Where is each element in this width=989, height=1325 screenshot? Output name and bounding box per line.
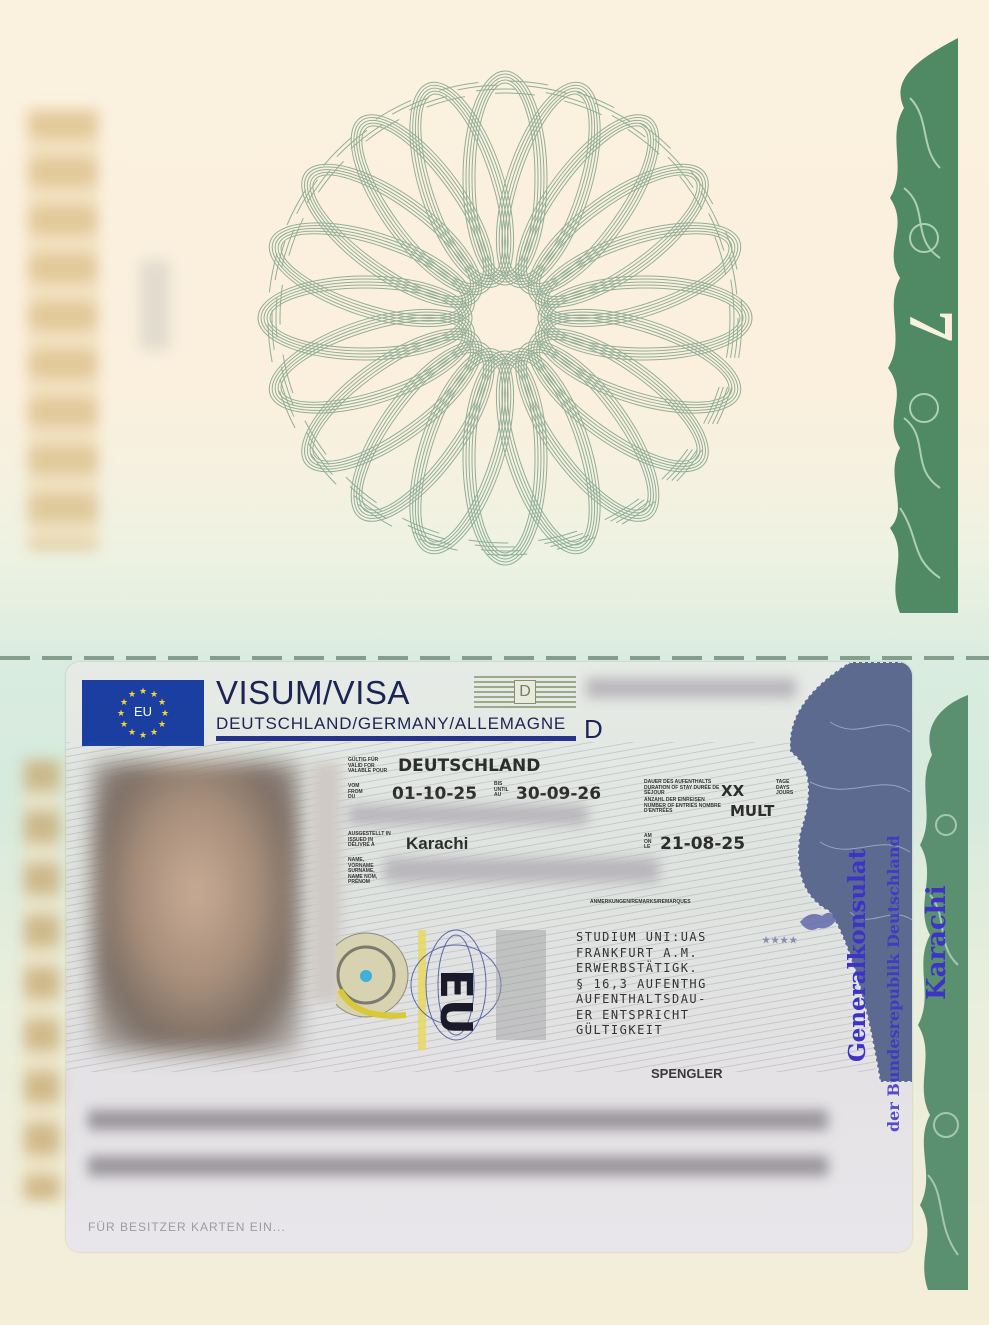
duration-label: DAUER DES AUFENTHALTS DURATION OF STAY D… [644, 780, 724, 797]
issued-in-label: AUSGESTELLT IN ISSUED IN DÉLIVRÉ À [348, 832, 392, 849]
name-label: NAME, VORNAME SURNAME, NAME NOM, PRÉNOM [348, 858, 388, 886]
issued-on-value: 21-08-25 [660, 834, 745, 854]
issuing-officer: SPENGLER [651, 1066, 723, 1081]
guilloche-rosette-icon [250, 68, 760, 568]
remarks-label: ANMERKUNGEN/REMARKS/REMARQUES [590, 900, 730, 906]
hologram-icon: EU [336, 920, 551, 1060]
footer-microtext: FÜR BESITZER KARTEN EIN... [88, 1220, 286, 1234]
redacted-side-text [28, 110, 98, 550]
duration-value: XX [721, 782, 744, 800]
visa-type: D [584, 714, 603, 745]
eu-star-icon: ★ [139, 731, 147, 740]
eu-star-icon: ★ [161, 709, 169, 718]
redacted-passport-number [348, 805, 588, 825]
eu-star-icon: ★ [120, 720, 128, 729]
eu-star-icon: ★ [128, 690, 136, 699]
visa-sticker: EU ★★★★★★★★★★★★ VISUM/VISA D DEUTSCHLAND… [66, 662, 912, 1252]
state-mark-icon: D [474, 676, 576, 708]
redacted-mrz-line-2 [88, 1156, 828, 1176]
redacted-mrz-line-1 [88, 1110, 828, 1130]
eu-star-icon: ★ [120, 698, 128, 707]
eu-star-icon: ★ [117, 709, 125, 718]
remarks-text: STUDIUM UNI:UAS FRANKFURT A.M. ERWERBSTÄ… [576, 930, 707, 1039]
eu-star-icon: ★ [150, 728, 158, 737]
eu-label: EU [82, 704, 204, 719]
redacted-mark [140, 260, 170, 350]
redacted-lower-side-text [24, 760, 60, 1200]
holder-photo-redacted [92, 762, 300, 1052]
valid-for-value: DEUTSCHLAND [398, 756, 540, 776]
eu-star-icon: ★ [158, 720, 166, 729]
until-label: BIS UNTIL AU [494, 782, 514, 799]
issued-on-label: AM ON LE [644, 834, 654, 851]
from-label: VOM FROM DU [348, 784, 368, 801]
passport-upper-page: 7 [0, 0, 989, 655]
consulate-stamp-city: Karachi [922, 885, 952, 1000]
stars-decoration: ★★★★ [762, 938, 798, 944]
eu-star-icon: ★ [139, 687, 147, 696]
visa-title: VISUM/VISA [216, 674, 410, 712]
page-seam [0, 656, 989, 660]
entries-label: ANZAHL DER EINREISEN NUMBER OF ENTRIES N… [644, 798, 724, 815]
consulate-stamp-line2: der Bundesrepublik Deutschland [884, 835, 903, 1132]
eu-star-icon: ★ [128, 728, 136, 737]
consulate-stamp-line1: Generalkonsulat [844, 849, 871, 1062]
valid-for-label: GÜLTIG FÜR VALID FOR VALABLE POUR [348, 758, 388, 775]
eu-flag-icon: EU ★★★★★★★★★★★★ [82, 680, 204, 746]
entries-value: MULT [730, 802, 774, 820]
issued-in-value: Karachi [406, 834, 468, 854]
eu-star-icon: ★ [150, 690, 158, 699]
visa-country-line: DEUTSCHLAND/GERMANY/ALLEMAGNE [216, 714, 566, 734]
svg-text:EU: EU [430, 969, 481, 1035]
redacted-visa-number [586, 678, 796, 698]
page-number: 7 [896, 310, 960, 342]
eu-star-icon: ★ [158, 698, 166, 707]
valid-until-value: 30-09-26 [516, 784, 601, 804]
microprint-bar [216, 736, 576, 741]
redacted-holder-name [384, 858, 659, 882]
valid-from-value: 01-10-25 [392, 784, 477, 804]
page-number-ornament-icon: 7 [880, 38, 960, 613]
